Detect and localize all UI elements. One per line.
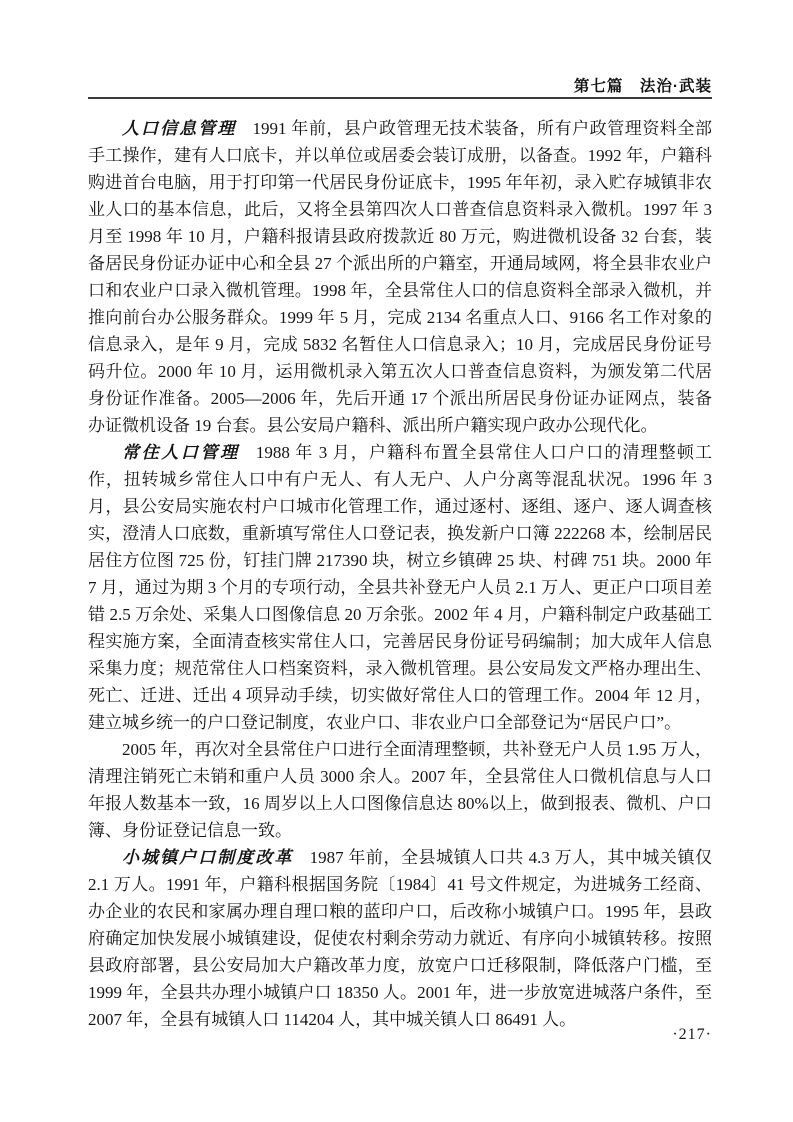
paragraph: 人口信息管理1991 年前，县户政管理无技术装备，所有户政管理资料全部手工操作，…	[88, 115, 712, 439]
paragraph-text: 2005 年，再次对全县常住户口进行全面清理整顿，共补登无户人员 1.95 万人…	[88, 740, 712, 840]
page-number: ·217·	[88, 1026, 712, 1044]
paragraph-lead: 小城镇户口制度改革	[122, 848, 293, 867]
page-body: 人口信息管理1991 年前，县户政管理无技术装备，所有户政管理资料全部手工操作，…	[88, 115, 712, 1033]
paragraph: 小城镇户口制度改革1987 年前，全县城镇人口共 4.3 万人，其中城关镇仅 2…	[88, 844, 712, 1033]
paragraph-text: 1988 年 3 月，户籍科布置全县常住人口户口的清理整顿工作，扭转城乡常住人口…	[88, 443, 712, 732]
paragraph-text: 1991 年前，县户政管理无技术装备，所有户政管理资料全部手工操作，建有人口底卡…	[88, 119, 712, 435]
paragraph-lead: 常住人口管理	[122, 443, 240, 462]
document-page: 第七篇 法治·武装 人口信息管理1991 年前，县户政管理无技术装备，所有户政管…	[0, 0, 793, 1122]
paragraph-text: 1987 年前，全县城镇人口共 4.3 万人，其中城关镇仅 2.1 万人。199…	[88, 848, 712, 1029]
paragraph: 常住人口管理1988 年 3 月，户籍科布置全县常住人口户口的清理整顿工作，扭转…	[88, 439, 712, 736]
header-rule	[88, 97, 712, 99]
paragraph-lead: 人口信息管理	[122, 119, 236, 138]
paragraph: 2005 年，再次对全县常住户口进行全面清理整顿，共补登无户人员 1.95 万人…	[88, 736, 712, 844]
running-header: 第七篇 法治·武装	[88, 74, 712, 96]
